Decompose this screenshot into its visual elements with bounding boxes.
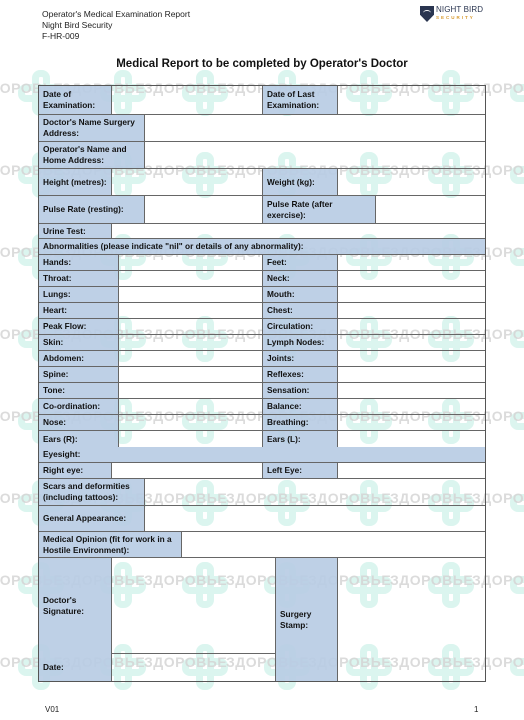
page-number: 1 — [474, 705, 478, 714]
medical-cross-icon — [510, 398, 524, 444]
general-appearance-field[interactable] — [145, 506, 485, 531]
abnormality-row: Co-ordination:Balance: — [39, 399, 485, 415]
operators-name-label: Operator's Name and Home Address: — [39, 142, 145, 168]
balance-field[interactable] — [338, 399, 485, 414]
right-eye-field[interactable] — [112, 463, 263, 478]
heart-field[interactable] — [119, 303, 263, 318]
eyesight-header-row: Eyesight: — [39, 447, 485, 463]
spine-label: Spine: — [39, 367, 119, 382]
abnormality-row: Ears (R):Ears (L): — [39, 431, 485, 447]
abnormality-row: Heart:Chest: — [39, 303, 485, 319]
date-of-examination-field[interactable] — [112, 86, 263, 114]
pulse-row: Pulse Rate (resting): Pulse Rate (after … — [39, 196, 485, 224]
left-eye-field[interactable] — [338, 463, 485, 478]
urine-test-label: Urine Test: — [39, 224, 112, 238]
eyes-row: Right eye: Left Eye: — [39, 463, 485, 479]
report-name: Operator's Medical Examination Report — [42, 9, 190, 20]
operators-name-row: Operator's Name and Home Address: — [39, 142, 485, 169]
doctors-name-label: Doctor's Name Surgery Address: — [39, 115, 145, 141]
skin-field[interactable] — [119, 335, 263, 350]
lymph-nodes-label: Lymph Nodes: — [263, 335, 338, 350]
page-title: Medical Report to be completed by Operat… — [0, 58, 524, 70]
breathing-field[interactable] — [338, 415, 485, 430]
ears-l-label: Ears (L): — [263, 431, 338, 447]
scars-field[interactable] — [145, 479, 485, 505]
medical-opinion-label: Medical Opinion (fit for work in a Hosti… — [39, 532, 182, 557]
abnormality-row: Skin:Lymph Nodes: — [39, 335, 485, 351]
night-bird-shield-icon — [420, 6, 434, 22]
medical-cross-icon — [510, 70, 524, 116]
date-of-examination-label: Date of Examination: — [39, 86, 112, 114]
nose-field[interactable] — [119, 415, 263, 430]
date-of-last-examination-field[interactable] — [338, 86, 485, 114]
abnormality-row: Peak Flow:Circulation: — [39, 319, 485, 335]
weight-label: Weight (kg): — [263, 169, 338, 195]
general-appearance-label: General Appearance: — [39, 506, 145, 531]
medical-cross-icon — [510, 644, 524, 690]
height-label: Height (metres): — [39, 169, 112, 195]
eyesight-header: Eyesight: — [39, 447, 485, 462]
abnormalities-header-row: Abnormalities (please indicate "nil" or … — [39, 239, 485, 255]
reflexes-label: Reflexes: — [263, 367, 338, 382]
left-eye-label: Left Eye: — [263, 463, 338, 478]
pulse-exercise-label: Pulse Rate (after exercise): — [263, 196, 376, 223]
height-field[interactable] — [112, 169, 263, 195]
medical-opinion-row: Medical Opinion (fit for work in a Hosti… — [39, 532, 485, 558]
mouth-field[interactable] — [338, 287, 485, 302]
pulse-resting-label: Pulse Rate (resting): — [39, 196, 145, 223]
urine-test-row: Urine Test: — [39, 224, 485, 239]
skin-label: Skin: — [39, 335, 119, 350]
general-appearance-row: General Appearance: — [39, 506, 485, 532]
reflexes-field[interactable] — [338, 367, 485, 382]
company-logo: NIGHT BIRD SECURITY — [420, 6, 483, 22]
lungs-label: Lungs: — [39, 287, 119, 302]
abnormality-row: Abdomen:Joints: — [39, 351, 485, 367]
co-ordination-label: Co-ordination: — [39, 399, 119, 414]
abnormality-row: Lungs:Mouth: — [39, 287, 485, 303]
date-label: Date: — [39, 654, 112, 681]
logo-name: NIGHT BIRD — [436, 6, 483, 14]
chest-field[interactable] — [338, 303, 485, 318]
balance-label: Balance: — [263, 399, 338, 414]
form-code: F-HR-009 — [42, 31, 190, 42]
date-row: Date of Examination: Date of Last Examin… — [39, 86, 485, 115]
abnormality-row: Nose:Breathing: — [39, 415, 485, 431]
spine-field[interactable] — [119, 367, 263, 382]
logo-subtitle: SECURITY — [436, 14, 483, 22]
urine-test-field[interactable] — [112, 224, 485, 238]
circulation-field[interactable] — [338, 319, 485, 334]
abnormality-row: Tone:Sensation: — [39, 383, 485, 399]
lymph-nodes-field[interactable] — [338, 335, 485, 350]
right-eye-label: Right eye: — [39, 463, 112, 478]
medical-cross-icon — [510, 562, 524, 608]
height-weight-row: Height (metres): Weight (kg): — [39, 169, 485, 196]
chest-label: Chest: — [263, 303, 338, 318]
tone-field[interactable] — [119, 383, 263, 398]
operators-name-field[interactable] — [145, 142, 485, 168]
abnormalities-list: Hands:Feet:Throat:Neck:Lungs:Mouth:Heart… — [39, 255, 485, 447]
medical-cross-icon — [510, 152, 524, 198]
date-of-last-examination-label: Date of Last Examination: — [263, 86, 338, 114]
joints-field[interactable] — [338, 351, 485, 366]
date-field[interactable] — [112, 654, 276, 681]
document-header: Operator's Medical Examination Report Ni… — [42, 9, 190, 42]
ears-r-field[interactable] — [119, 431, 263, 447]
mouth-label: Mouth: — [263, 287, 338, 302]
medical-cross-icon — [510, 234, 524, 280]
medical-report-form: Date of Examination: Date of Last Examin… — [38, 85, 486, 682]
medical-cross-icon — [510, 316, 524, 362]
scars-label: Scars and deformities (including tattoos… — [39, 479, 145, 505]
medical-opinion-field[interactable] — [182, 532, 485, 557]
feet-field[interactable] — [338, 255, 485, 270]
company-name: Night Bird Security — [42, 20, 190, 31]
abdomen-field[interactable] — [119, 351, 263, 366]
nose-label: Nose: — [39, 415, 119, 430]
throat-label: Throat: — [39, 271, 119, 286]
feet-label: Feet: — [263, 255, 338, 270]
doctors-name-field[interactable] — [145, 115, 485, 141]
abdomen-label: Abdomen: — [39, 351, 119, 366]
hands-field[interactable] — [119, 255, 263, 270]
breathing-label: Breathing: — [263, 415, 338, 430]
surgery-stamp-label: Surgery Stamp: — [276, 558, 338, 681]
pulse-resting-field[interactable] — [145, 196, 263, 223]
weight-field[interactable] — [338, 169, 485, 195]
ears-l-field[interactable] — [338, 431, 485, 447]
doctors-name-row: Doctor's Name Surgery Address: — [39, 115, 485, 142]
ears-r-label: Ears (R): — [39, 431, 119, 447]
abnormality-row: Hands:Feet: — [39, 255, 485, 271]
circulation-label: Circulation: — [263, 319, 338, 334]
neck-label: Neck: — [263, 271, 338, 286]
version-label: V01 — [45, 705, 59, 714]
abnormalities-header: Abnormalities (please indicate "nil" or … — [39, 239, 485, 254]
pulse-exercise-field[interactable] — [376, 196, 485, 223]
scars-row: Scars and deformities (including tattoos… — [39, 479, 485, 506]
sensation-label: Sensation: — [263, 383, 338, 398]
joints-label: Joints: — [263, 351, 338, 366]
hands-label: Hands: — [39, 255, 119, 270]
doctors-signature-label: Doctor's Signature: — [39, 558, 112, 654]
lungs-field[interactable] — [119, 287, 263, 302]
neck-field[interactable] — [338, 271, 485, 286]
abnormality-row: Spine:Reflexes: — [39, 367, 485, 383]
peak-flow-field[interactable] — [119, 319, 263, 334]
abnormality-row: Throat:Neck: — [39, 271, 485, 287]
throat-field[interactable] — [119, 271, 263, 286]
co-ordination-field[interactable] — [119, 399, 263, 414]
signature-block: Doctor's Signature: Date: Surgery Stamp: — [39, 558, 485, 681]
tone-label: Tone: — [39, 383, 119, 398]
doctors-signature-field[interactable] — [112, 558, 276, 654]
surgery-stamp-field[interactable] — [338, 558, 485, 681]
sensation-field[interactable] — [338, 383, 485, 398]
medical-cross-icon — [510, 480, 524, 526]
peak-flow-label: Peak Flow: — [39, 319, 119, 334]
heart-label: Heart: — [39, 303, 119, 318]
